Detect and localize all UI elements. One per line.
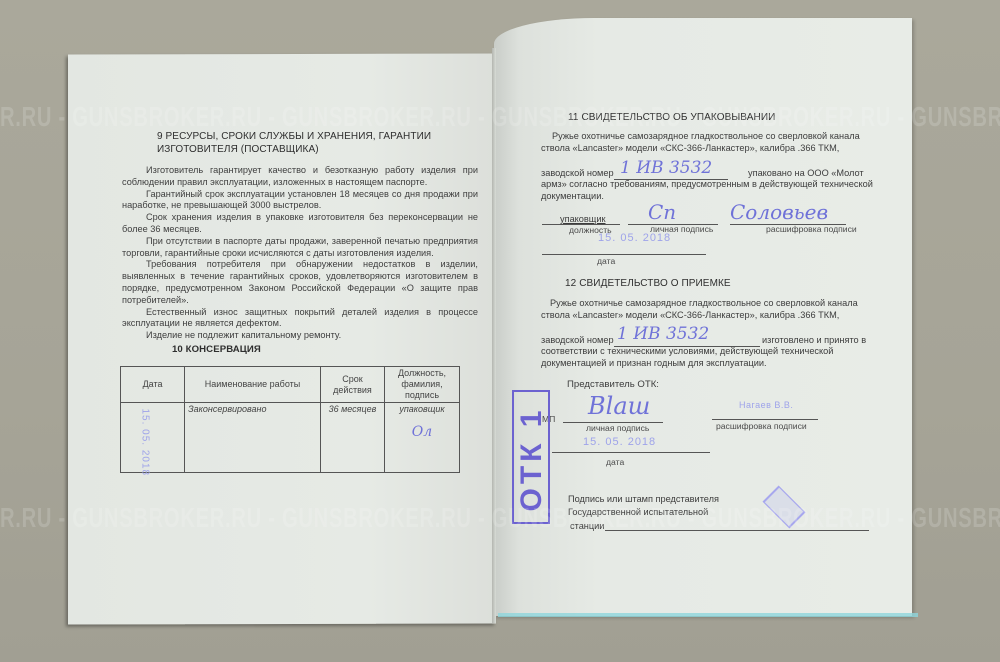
section9-paragraph: Изготовитель гарантирует качество и безо… xyxy=(122,165,478,189)
watermark: R.RU - GUNSBROKER.RU - GUNSBROKER.RU - G… xyxy=(0,101,1000,133)
section9-paragraph: Срок хранения изделия в упаковке изготов… xyxy=(122,212,478,236)
serial-handwritten: 1 ИВ 3532 xyxy=(617,324,709,344)
section12-line2: ствола «Lancaster» модели «СКС-366-Ланка… xyxy=(541,310,839,322)
section9-paragraph: Требования потребителя при обнаружении н… xyxy=(122,259,478,306)
serial-label: заводской номер xyxy=(541,335,614,347)
label-decoding: расшифровка подписи xyxy=(716,421,807,431)
header-date: Дата xyxy=(121,367,185,403)
cell-date: 15. 05. 2018 xyxy=(121,403,185,473)
section9-title-line2: ИЗГОТОВИТЕЛЯ (ПОСТАВЩИКА) xyxy=(157,144,319,155)
decoding-line xyxy=(712,419,818,420)
label-signature: личная подпись xyxy=(586,423,649,433)
handwritten-decoding: Соловьев xyxy=(730,200,828,224)
label-date: дата xyxy=(606,457,624,467)
section12-line1: Ружье охотничье самозарядное гладкоствол… xyxy=(550,298,858,310)
conservation-table: Дата Наименование работы Срок действия Д… xyxy=(120,366,460,473)
handwritten-signature: Вlaш xyxy=(588,392,650,420)
cell-work: Законсервировано xyxy=(185,403,321,473)
serial-handwritten: 1 ИВ 3532 xyxy=(620,158,712,178)
section12-line5: документацией и признан годным для экспл… xyxy=(541,358,767,370)
date-line xyxy=(542,254,706,255)
table-header-row: Дата Наименование работы Срок действия Д… xyxy=(121,367,460,403)
date-line xyxy=(552,452,710,453)
label-date: дата xyxy=(597,256,615,266)
otk-stamp-text: ОТК 1 xyxy=(515,399,549,519)
section11-line5: документации. xyxy=(541,191,604,203)
section9-paragraph: При отсутствии в паспорте даты продажи, … xyxy=(122,236,478,260)
header-work: Наименование работы xyxy=(185,367,321,403)
section10-title: 10 КОНСЕРВАЦИЯ xyxy=(172,344,261,355)
date-stamp: 15. 05. 2018 xyxy=(583,436,656,448)
label-decoding: расшифровка подписи xyxy=(766,224,857,234)
page-edge-highlight xyxy=(498,613,918,617)
section11-after-serial: упаковано на ООО «Молот xyxy=(748,168,864,180)
serial-label: заводской номер xyxy=(541,168,614,180)
handwritten-signature: Ол xyxy=(388,424,456,440)
handwritten-signature: Сп xyxy=(648,200,676,224)
section12-line4: соответствии с техническими условиями, д… xyxy=(541,346,833,358)
booklet-spine xyxy=(492,48,496,623)
section9-body: Изготовитель гарантирует качество и безо… xyxy=(122,165,478,342)
otk-representative-label: Представитель ОТК: xyxy=(567,379,659,391)
section12-after-serial: изготовлено и принято в xyxy=(762,335,866,347)
table-row: 15. 05. 2018 Законсервировано 36 месяцев… xyxy=(121,403,460,473)
section11-line2: ствола «Lancaster» модели «СКС-366-Ланка… xyxy=(541,143,839,155)
header-term: Срок действия xyxy=(320,367,384,403)
header-position: Должность, фамилия, подпись xyxy=(385,367,460,403)
section9-paragraph: Изделие не подлежит капитальному ремонту… xyxy=(122,330,478,342)
position-text: упаковщик xyxy=(388,404,456,414)
decoding-stamp: Нагаев В.В. xyxy=(739,400,793,410)
date-stamp: 15. 05. 2018 xyxy=(598,232,671,244)
cell-term: 36 месяцев xyxy=(320,403,384,473)
section11-line4: армз» согласно требованиям, предусмотрен… xyxy=(541,179,873,191)
section9-paragraph: Гарантийный срок эксплуатации установлен… xyxy=(122,189,478,213)
section9-paragraph: Естественный износ защитных покрытий дет… xyxy=(122,307,478,331)
section12-title: 12 СВИДЕТЕЛЬСТВО О ПРИЕМКЕ xyxy=(565,278,731,289)
date-stamp: 15. 05. 2018 xyxy=(140,409,151,469)
cell-position: упаковщик Ол xyxy=(385,403,460,473)
watermark: R.RU - GUNSBROKER.RU - GUNSBROKER.RU - G… xyxy=(0,502,1000,534)
